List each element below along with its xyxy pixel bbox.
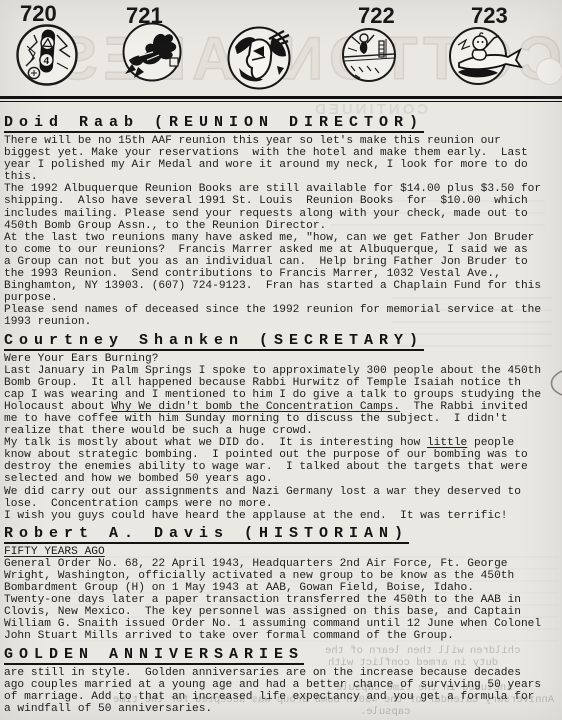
section-heading: Courtney Shanken (SECRETARY)	[4, 333, 424, 351]
section-body-text: There will be no 15th AAF reunion this y…	[4, 135, 559, 329]
section-heading: GOLDEN ANNIVERSARIES	[4, 647, 304, 665]
section-secretary: Courtney Shanken (SECRETARY) Were Your E…	[4, 333, 559, 522]
section-heading: Doid Raab (REUNION DIRECTOR)	[4, 115, 424, 133]
section-body-text: are still in style. Golden anniversaries…	[4, 667, 559, 715]
section-body-text: FIFTY YEARS AGO General Order No. 68, 22…	[4, 546, 559, 643]
section-body-text: Were Your Ears Burning? Last January in …	[4, 353, 559, 522]
patch-720-bomb-insignia-icon: 4	[14, 22, 80, 88]
patch-knight-helmet-globe-icon	[225, 24, 293, 92]
section-historian: Robert A. Davis (HISTORIAN) FIFTY YEARS …	[4, 526, 559, 643]
section-reunion-director: Doid Raab (REUNION DIRECTOR) There will …	[4, 115, 559, 329]
masthead: 720 721 722 723 4	[0, 0, 562, 96]
section-heading: Robert A. Davis (HISTORIAN)	[4, 526, 409, 544]
patch-721-witch-riding-bomb-icon	[119, 20, 185, 86]
masthead-divider-thick	[0, 96, 562, 99]
patch-722-figure-scene-icon	[340, 26, 398, 84]
scanned-newsletter-page: COTTONTALES CONTINUED children will then…	[0, 0, 562, 720]
patch-723-baby-riding-bomb-icon	[446, 22, 524, 90]
section-golden-anniversaries: GOLDEN ANNIVERSARIES are still in style.…	[4, 647, 559, 715]
article-content: Doid Raab (REUNION DIRECTOR) There will …	[0, 102, 562, 715]
